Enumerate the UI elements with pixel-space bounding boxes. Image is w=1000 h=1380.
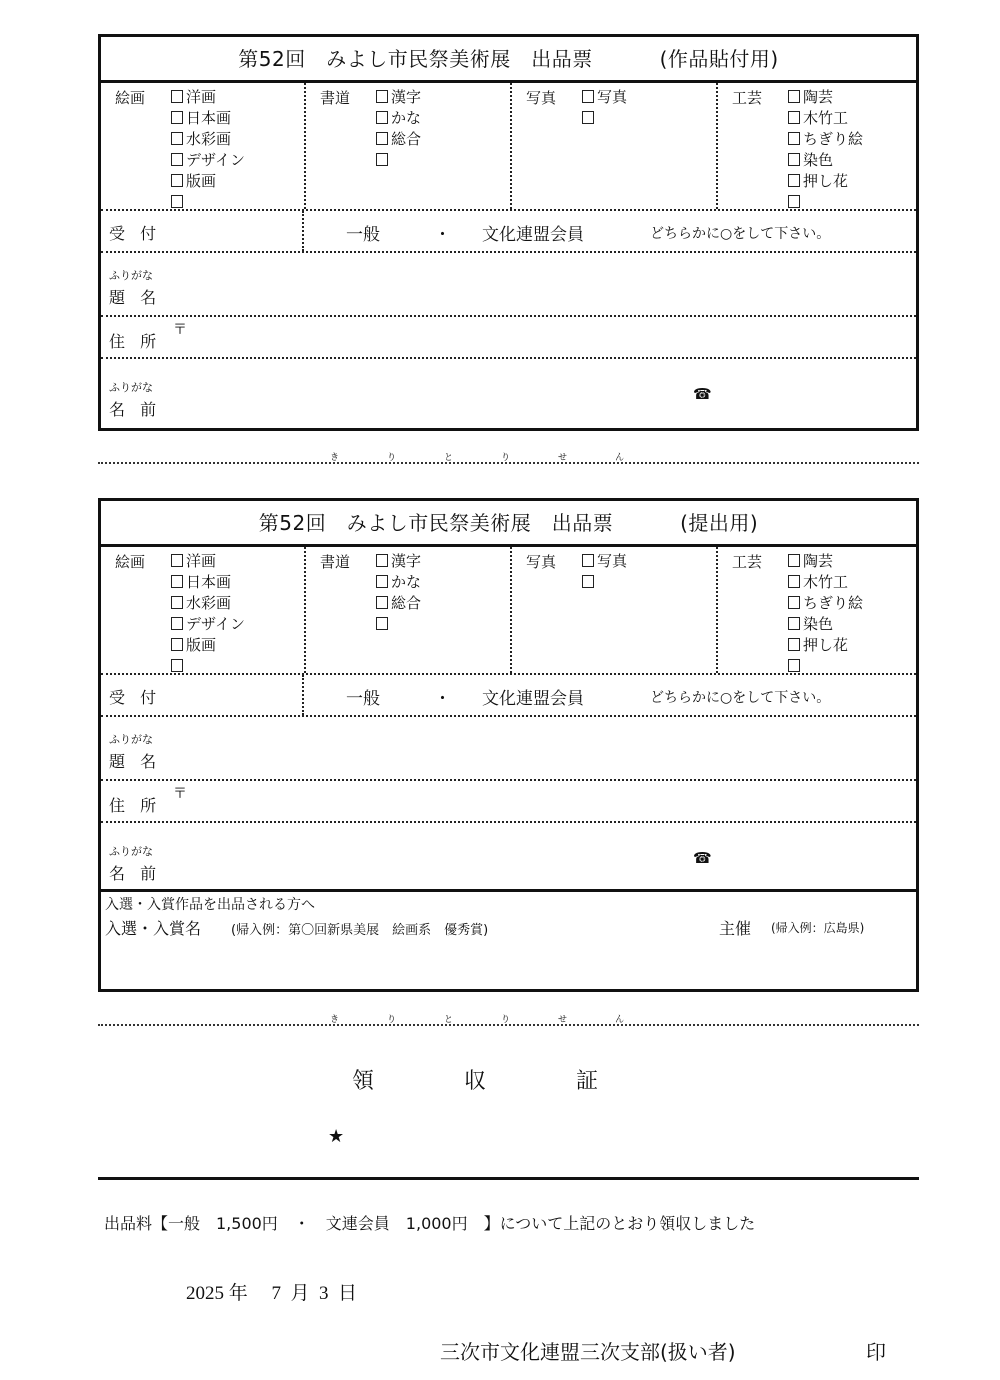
- option-yoga[interactable]: 洋画: [171, 551, 245, 572]
- option-label: かな: [391, 573, 421, 591]
- option-label: 版画: [186, 172, 216, 190]
- checkbox-icon[interactable]: [171, 575, 183, 588]
- option-label: ちぎり絵: [803, 130, 863, 148]
- option-suisaiga[interactable]: 水彩画: [171, 129, 245, 150]
- receipt-divider: [98, 1177, 919, 1180]
- checkbox-icon[interactable]: [171, 638, 183, 651]
- checkbox-icon[interactable]: [788, 174, 800, 187]
- option-label: 漢字: [391, 552, 421, 570]
- reception-option-general[interactable]: 一般: [346, 220, 380, 245]
- checkbox-icon[interactable]: [788, 554, 800, 567]
- category-label: 絵画: [115, 551, 145, 572]
- entry-form-submit: 第52回 みよし市民祭美術展 出品票 (提出用) 絵画 洋画 日本画 水彩画 デ…: [98, 498, 919, 992]
- category-label: 書道: [320, 87, 350, 108]
- address-label: 住 所: [109, 329, 161, 352]
- option-chigirie[interactable]: ちぎり絵: [788, 129, 863, 150]
- option-label: 洋画: [186, 552, 216, 570]
- reception-label: 受 付: [109, 685, 161, 708]
- option-other[interactable]: [171, 656, 245, 677]
- option-label: 日本画: [186, 573, 231, 591]
- reception-option-member[interactable]: 文化連盟会員: [482, 684, 584, 709]
- checkbox-icon[interactable]: [788, 575, 800, 588]
- checkbox-icon[interactable]: [788, 111, 800, 124]
- option-suisaiga[interactable]: 水彩画: [171, 593, 245, 614]
- category-label: 写真: [526, 87, 556, 108]
- form-title-main: 第52回 みよし市民祭美術展 出品票: [238, 47, 592, 71]
- furigana-label: ふりがな: [109, 267, 153, 283]
- option-mokuchiku[interactable]: 木竹工: [788, 108, 863, 129]
- seal-mark: 印: [866, 1336, 886, 1365]
- category-label: 書道: [320, 551, 350, 572]
- separator: ・: [434, 220, 451, 245]
- option-hanga[interactable]: 版画: [171, 171, 245, 192]
- option-label: デザイン: [186, 151, 245, 169]
- option-label: 洋画: [186, 88, 216, 106]
- furigana-label: ふりがな: [109, 731, 153, 747]
- reception-option-member[interactable]: 文化連盟会員: [482, 220, 584, 245]
- category-craft: 工芸 陶芸 木竹工 ちぎり絵 染色 押し花: [716, 547, 916, 673]
- receipt-title: 領収証: [352, 1064, 688, 1095]
- category-label: 工芸: [732, 87, 762, 108]
- category-label: 写真: [526, 551, 556, 572]
- checkbox-icon[interactable]: [582, 111, 594, 124]
- work-title-field[interactable]: ふりがな 題 名: [101, 717, 916, 781]
- option-sogo[interactable]: 総合: [376, 593, 421, 614]
- name-label: 名 前: [109, 861, 161, 884]
- checkbox-icon[interactable]: [171, 153, 183, 166]
- award-name-label: 入選・入賞名: [105, 916, 201, 939]
- checkbox-icon[interactable]: [376, 111, 388, 124]
- checkbox-icon[interactable]: [376, 90, 388, 103]
- option-label: デザイン: [186, 615, 245, 633]
- postal-mark-icon: 〒: [173, 783, 187, 803]
- separator: ・: [434, 684, 451, 709]
- work-title-label: 題 名: [109, 749, 161, 772]
- receipt-date: 2025 年 7 月 3 日: [186, 1278, 357, 1305]
- option-other[interactable]: [582, 572, 627, 593]
- option-photo[interactable]: 写真: [582, 551, 627, 572]
- checkbox-icon[interactable]: [171, 659, 183, 672]
- checkbox-icon[interactable]: [788, 195, 800, 208]
- option-label: 写真: [597, 88, 627, 106]
- form-title-main: 第52回 みよし市民祭美術展 出品票: [259, 511, 613, 535]
- address-field[interactable]: 住 所 〒: [101, 317, 916, 359]
- telephone-icon: ☎: [693, 849, 712, 867]
- checkbox-icon[interactable]: [788, 617, 800, 630]
- option-togei[interactable]: 陶芸: [788, 87, 863, 108]
- checkbox-icon[interactable]: [788, 90, 800, 103]
- checkbox-icon[interactable]: [788, 659, 800, 672]
- award-intro: 入選・入賞作品を出品される方へ: [105, 894, 315, 914]
- furigana-label: ふりがな: [109, 843, 153, 859]
- checkbox-icon[interactable]: [171, 617, 183, 630]
- option-kana[interactable]: かな: [376, 108, 421, 129]
- category-section: 絵画 洋画 日本画 水彩画 デザイン 版画 書道 漢字 かな 総合 写真 写真: [101, 547, 916, 675]
- issuer: 三次市文化連盟三次支部(扱い者): [440, 1336, 736, 1365]
- telephone-icon: ☎: [693, 385, 712, 403]
- option-label: 版画: [186, 636, 216, 654]
- checkbox-icon[interactable]: [376, 575, 388, 588]
- option-label: 染色: [803, 151, 833, 169]
- option-sogo[interactable]: 総合: [376, 129, 421, 150]
- checkbox-icon[interactable]: [788, 153, 800, 166]
- address-field[interactable]: 住 所 〒: [101, 781, 916, 823]
- checkbox-icon[interactable]: [171, 132, 183, 145]
- checkbox-icon[interactable]: [376, 617, 388, 630]
- category-section: 絵画 洋画 日本画 水彩画 デザイン 版画 書道 漢字 かな 総合 写真 写真: [101, 83, 916, 211]
- cut-line: [98, 1024, 919, 1026]
- option-label: 木竹工: [803, 109, 848, 127]
- option-label: 写真: [597, 552, 627, 570]
- form-title: 第52回 みよし市民祭美術展 出品票 (提出用): [101, 501, 916, 547]
- work-title-field[interactable]: ふりがな 題 名: [101, 253, 916, 317]
- option-hanga[interactable]: 版画: [171, 635, 245, 656]
- reception-row: 受 付 一般 ・ 文化連盟会員 どちらかに○をして下さい。: [101, 675, 916, 717]
- option-senshoku[interactable]: 染色: [788, 614, 863, 635]
- option-label: 日本画: [186, 109, 231, 127]
- option-other[interactable]: [582, 108, 627, 129]
- fee-statement: 出品料【一般 1,500円 ・ 文連会員 1,000円 】について上記のとおり領…: [104, 1211, 755, 1234]
- star-icon: ★: [328, 1126, 344, 1147]
- reception-note: どちらかに○をして下さい。: [650, 687, 830, 707]
- category-painting: 絵画 洋画 日本画 水彩画 デザイン 版画: [101, 83, 304, 209]
- form-title-sub: (作品貼付用): [660, 47, 779, 71]
- option-kanji[interactable]: 漢字: [376, 551, 421, 572]
- option-label: 押し花: [803, 172, 848, 190]
- category-photo: 写真 写真: [510, 547, 716, 673]
- category-calligraphy: 書道 漢字 かな 総合: [304, 547, 510, 673]
- work-title-label: 題 名: [109, 285, 161, 308]
- checkbox-icon[interactable]: [376, 153, 388, 166]
- option-yoga[interactable]: 洋画: [171, 87, 245, 108]
- checkbox-icon[interactable]: [376, 554, 388, 567]
- option-photo[interactable]: 写真: [582, 87, 627, 108]
- name-label: 名 前: [109, 397, 161, 420]
- option-label: 漢字: [391, 88, 421, 106]
- option-label: 押し花: [803, 636, 848, 654]
- checkbox-icon[interactable]: [171, 596, 183, 609]
- postal-mark-icon: 〒: [173, 319, 187, 339]
- option-other[interactable]: [788, 656, 863, 677]
- reception-row: 受 付 一般 ・ 文化連盟会員 どちらかに○をして下さい。: [101, 211, 916, 253]
- checkbox-icon[interactable]: [171, 195, 183, 208]
- option-kana[interactable]: かな: [376, 572, 421, 593]
- option-design[interactable]: デザイン: [171, 150, 245, 171]
- award-section[interactable]: 入選・入賞作品を出品される方へ 入選・入賞名 (帰入例：第〇回新県美展 絵画系 …: [101, 889, 916, 985]
- reception-note: どちらかに○をして下さい。: [650, 223, 830, 243]
- checkbox-icon[interactable]: [171, 111, 183, 124]
- host-example: (帰入例：広島県): [771, 919, 864, 936]
- option-label: 木竹工: [803, 573, 848, 591]
- address-label: 住 所: [109, 793, 161, 816]
- option-nihonga[interactable]: 日本画: [171, 572, 245, 593]
- option-label: 陶芸: [803, 88, 833, 106]
- form-title: 第52回 みよし市民祭美術展 出品票 (作品貼付用): [101, 37, 916, 83]
- checkbox-icon[interactable]: [171, 90, 183, 103]
- option-label: 総合: [391, 594, 421, 612]
- checkbox-icon[interactable]: [376, 596, 388, 609]
- category-photo: 写真 写真: [510, 83, 716, 209]
- checkbox-icon[interactable]: [582, 90, 594, 103]
- option-other[interactable]: [376, 150, 421, 171]
- option-label: 水彩画: [186, 130, 231, 148]
- option-label: 陶芸: [803, 552, 833, 570]
- option-label: 総合: [391, 130, 421, 148]
- checkbox-icon[interactable]: [788, 132, 800, 145]
- form-title-sub: (提出用): [680, 511, 758, 535]
- furigana-label: ふりがな: [109, 379, 153, 395]
- checkbox-icon[interactable]: [788, 596, 800, 609]
- option-other[interactable]: [376, 614, 421, 635]
- checkbox-icon[interactable]: [788, 638, 800, 651]
- option-kanji[interactable]: 漢字: [376, 87, 421, 108]
- option-label: 染色: [803, 615, 833, 633]
- entry-form-attach: 第52回 みよし市民祭美術展 出品票 (作品貼付用) 絵画 洋画 日本画 水彩画…: [98, 34, 919, 431]
- category-painting: 絵画 洋画 日本画 水彩画 デザイン 版画: [101, 547, 304, 673]
- option-design[interactable]: デザイン: [171, 614, 245, 635]
- option-other[interactable]: [171, 192, 245, 213]
- category-craft: 工芸 陶芸 木竹工 ちぎり絵 染色 押し花: [716, 83, 916, 209]
- checkbox-icon[interactable]: [582, 575, 594, 588]
- checkbox-icon[interactable]: [171, 174, 183, 187]
- checkbox-icon[interactable]: [582, 554, 594, 567]
- name-field[interactable]: ふりがな 名 前 ☎: [101, 823, 916, 889]
- host-label: 主催: [719, 916, 751, 939]
- checkbox-icon[interactable]: [376, 132, 388, 145]
- option-label: 水彩画: [186, 594, 231, 612]
- option-chigirie[interactable]: ちぎり絵: [788, 593, 863, 614]
- checkbox-icon[interactable]: [171, 554, 183, 567]
- category-label: 絵画: [115, 87, 145, 108]
- option-nihonga[interactable]: 日本画: [171, 108, 245, 129]
- option-other[interactable]: [788, 192, 863, 213]
- category-calligraphy: 書道 漢字 かな 総合: [304, 83, 510, 209]
- category-label: 工芸: [732, 551, 762, 572]
- option-label: かな: [391, 109, 421, 127]
- option-togei[interactable]: 陶芸: [788, 551, 863, 572]
- option-senshoku[interactable]: 染色: [788, 150, 863, 171]
- reception-option-general[interactable]: 一般: [346, 684, 380, 709]
- option-mokuchiku[interactable]: 木竹工: [788, 572, 863, 593]
- award-name-example: (帰入例：第〇回新県美展 絵画系 優秀賞): [231, 919, 488, 938]
- cut-line: [98, 462, 919, 464]
- name-field[interactable]: ふりがな 名 前 ☎: [101, 359, 916, 425]
- option-oshibana[interactable]: 押し花: [788, 171, 863, 192]
- option-oshibana[interactable]: 押し花: [788, 635, 863, 656]
- option-label: ちぎり絵: [803, 594, 863, 612]
- reception-label: 受 付: [109, 221, 161, 244]
